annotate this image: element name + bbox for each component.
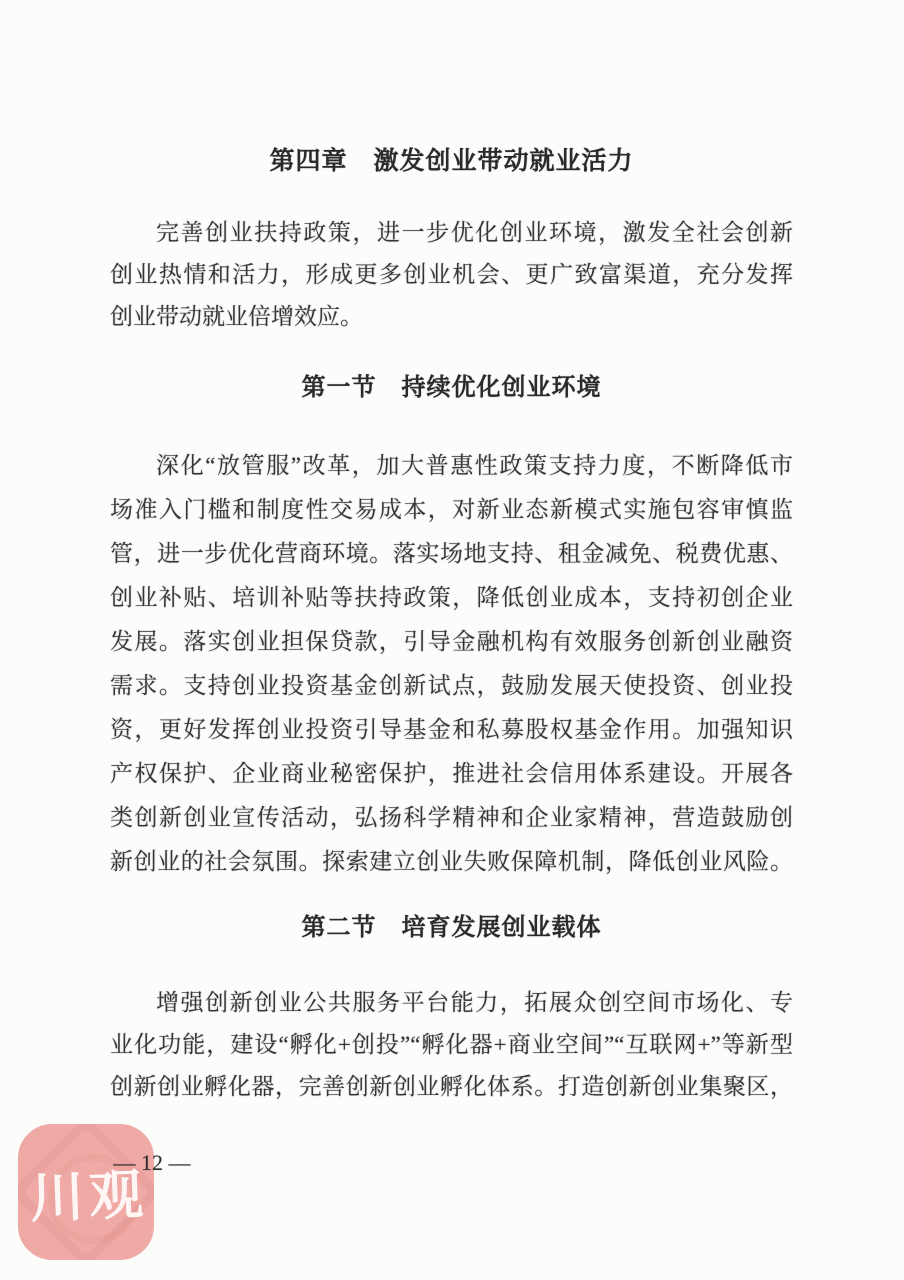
chapter-heading: 第四章 激发创业带动就业活力	[110, 144, 793, 178]
section-1-heading: 第一节 持续优化创业环境	[110, 371, 793, 405]
text-line: 类创新创业宣传活动，弘扬科学精神和企业家精神，营造鼓励创	[110, 796, 793, 840]
text-line: 发展。落实创业担保贷款，引导金融机构有效服务创新创业融资	[110, 620, 793, 664]
text-line: 创新创业孵化器，完善创新创业孵化体系。打造创新创业集聚区，	[110, 1066, 793, 1108]
text-line: 增强创新创业公共服务平台能力，拓展众创空间市场化、专	[110, 982, 793, 1024]
text-line: 场准入门槛和制度性交易成本，对新业态新模式实施包容审慎监	[110, 488, 793, 532]
text-line: 业化功能，建设“孵化+创投”“孵化器+商业空间”“互联网+”等新型	[110, 1024, 793, 1066]
text-line: 需求。支持创业投资基金创新试点，鼓励发展天使投资、创业投	[110, 664, 793, 708]
text-line: 产权保护、企业商业秘密保护，推进社会信用体系建设。开展各	[110, 752, 793, 796]
text-line: 创业热情和活力，形成更多创业机会、更广致富渠道，充分发挥	[110, 254, 793, 296]
text-line: 资，更好发挥创业投资引导基金和私募股权基金作用。加强知识	[110, 708, 793, 752]
chuanguan-watermark-logo: 川观	[18, 1124, 154, 1260]
section-2-heading: 第二节 培育发展创业载体	[110, 911, 793, 945]
text-line: 创业补贴、培训补贴等扶持政策，降低创业成本，支持初创企业	[110, 576, 793, 620]
paragraph-chapter-intro: 完善创业扶持政策，进一步优化创业环境，激发全社会创新创业热情和活力，形成更多创业…	[110, 212, 793, 338]
document-page: 第四章 激发创业带动就业活力 完善创业扶持政策，进一步优化创业环境，激发全社会创…	[0, 0, 904, 1280]
paragraph-section-1: 深化“放管服”改革，加大普惠性政策支持力度，不断降低市场准入门槛和制度性交易成本…	[110, 444, 793, 884]
text-line: 管，进一步优化营商环境。落实场地支持、租金减免、税费优惠、	[110, 532, 793, 576]
paragraph-section-2: 增强创新创业公共服务平台能力，拓展众创空间市场化、专业化功能，建设“孵化+创投”…	[110, 982, 793, 1108]
page-number: — 12 —	[97, 1150, 207, 1176]
text-line: 完善创业扶持政策，进一步优化创业环境，激发全社会创新	[110, 212, 793, 254]
text-line: 创业带动就业倍增效应。	[110, 296, 793, 338]
text-line: 新创业的社会氛围。探索建立创业失败保障机制，降低创业风险。	[110, 840, 793, 884]
text-line: 深化“放管服”改革，加大普惠性政策支持力度，不断降低市	[110, 444, 793, 488]
